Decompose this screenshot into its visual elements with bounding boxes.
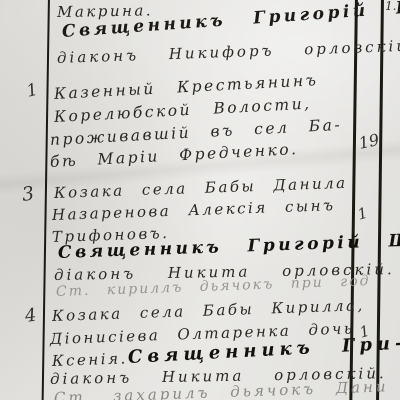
handwritten-line: Ксенія. [52,349,128,370]
handwritten-line: діаконъ Никифоръ орловскій. [57,36,400,67]
column-rule-left [42,0,50,400]
tally-number: 19 [357,130,381,153]
tally-number: 1 [356,204,370,224]
entry-number: 1 [25,80,40,102]
entry-number: 4 [24,305,38,327]
entry-number: 3 [20,182,35,205]
register-page: 1 3 4 19 1 1 1. Макрина. Священникъ Григ… [0,0,400,400]
